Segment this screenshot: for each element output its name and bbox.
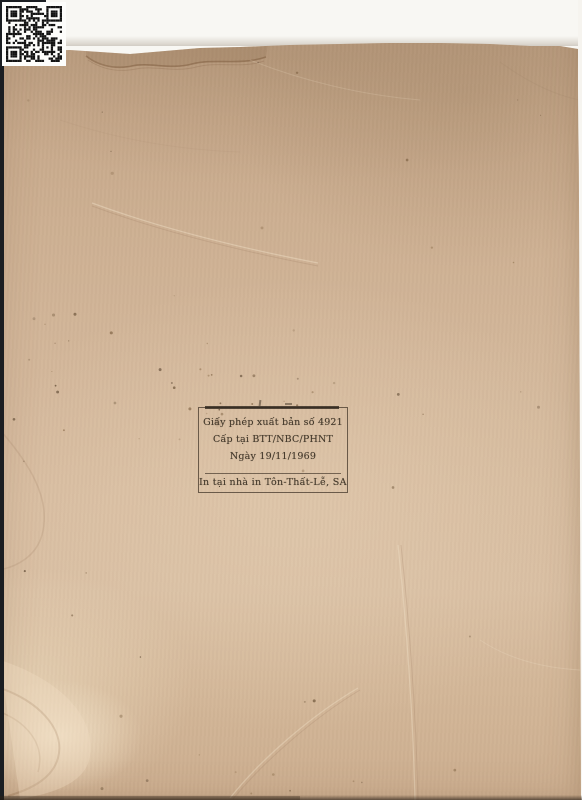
paper-stains-overlay: [0, 0, 582, 800]
paper-sheet: Giấy phép xuất bản số 4921 Cấp tại BTT/N…: [0, 0, 582, 800]
permit-date-line: Ngày 19/11/1969: [199, 448, 347, 465]
publication-permit-stamp: Giấy phép xuất bản số 4921 Cấp tại BTT/N…: [198, 407, 348, 493]
scan-edge-left: [0, 0, 4, 800]
scan-edge-right: [578, 0, 582, 160]
permit-issuer-line: Cấp tại BTT/NBC/PHNT: [199, 431, 347, 448]
ink-smudge: [213, 417, 222, 428]
stray-ink-tick: [285, 403, 292, 405]
printer-line: In tại nhà in Tôn-Thất-Lễ, SAIGON: [199, 474, 347, 492]
scan-edge-bottom-stain: [0, 796, 300, 800]
qr-code-icon: [2, 2, 66, 66]
scanned-page: Giấy phép xuất bản số 4921 Cấp tại BTT/N…: [0, 0, 582, 800]
